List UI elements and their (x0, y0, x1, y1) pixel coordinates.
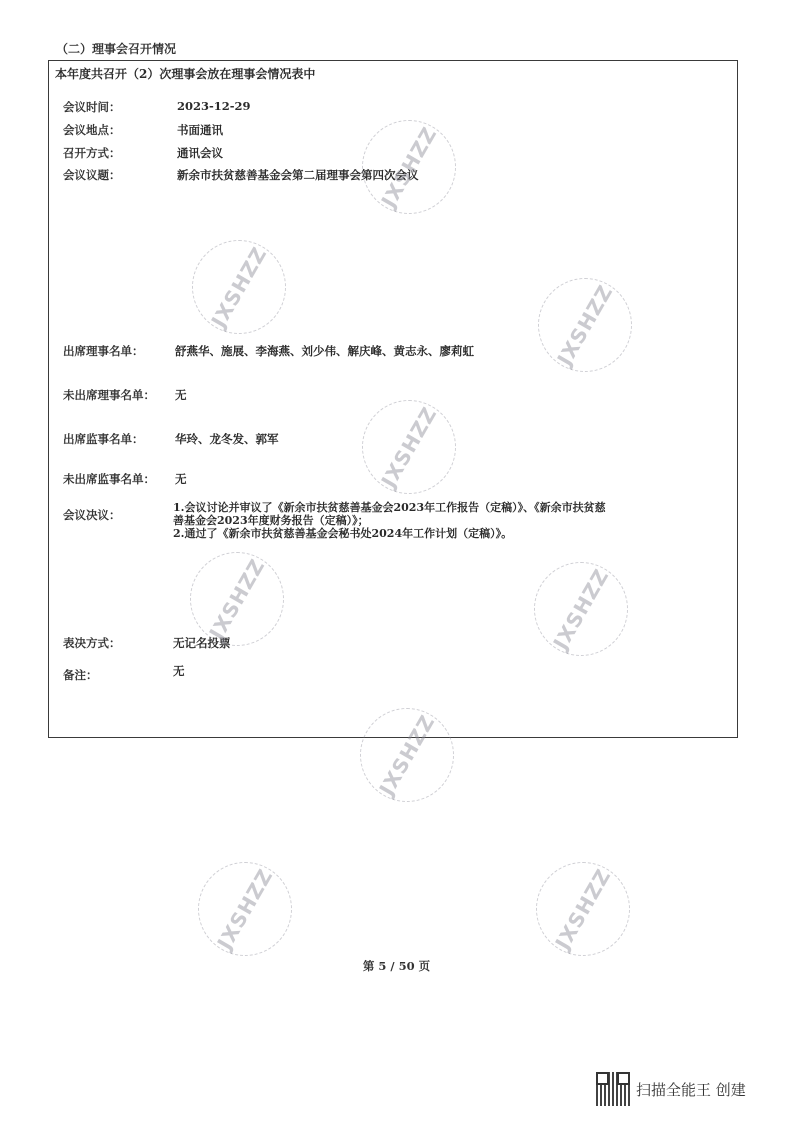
watermark-stamp: JXSHZZ (190, 552, 284, 646)
watermark-stamp: JXSHZZ (360, 708, 454, 802)
watermark-stamp: JXSHZZ (538, 278, 632, 372)
qr-code-icon (596, 1072, 630, 1106)
watermark-stamp: JXSHZZ (534, 562, 628, 656)
meeting-time-label: 会议时间： (63, 99, 121, 115)
watermark-stamp: JXSHZZ (362, 400, 456, 494)
watermark-stamp: JXSHZZ (362, 120, 456, 214)
attending-supervisors-label: 出席监事名单： (63, 431, 144, 447)
attending-supervisors-value: 华玲、龙冬发、郭军 (175, 431, 279, 447)
table-header: 本年度共召开（2）次理事会放在理事会情况表中 (55, 65, 315, 82)
resolution-label: 会议决议： (63, 507, 121, 523)
meeting-method-label: 召开方式： (63, 145, 121, 161)
page-number: 第 5 / 50 页 (0, 958, 793, 974)
meeting-topic-label: 会议议题： (63, 167, 121, 183)
watermark-stamp: JXSHZZ (192, 240, 286, 334)
resolution-text: 1.会议讨论并审议了《新余市扶贫慈善基金会2023年工作报告（定稿）》、《新余市… (173, 501, 693, 540)
remarks-value: 无 (173, 663, 185, 679)
voting-method-label: 表决方式： (63, 635, 121, 651)
remarks-label: 备注： (63, 667, 98, 683)
meeting-place-value: 书面通讯 (177, 122, 223, 138)
absent-directors-label: 未出席理事名单： (63, 387, 155, 403)
scanner-footer: 扫描全能王 创建 (596, 1072, 746, 1106)
watermark-stamp: JXSHZZ (198, 862, 292, 956)
resolution-line: 2.通过了《新余市扶贫慈善基金会秘书处2024年工作计划（定稿）》。 (173, 527, 693, 540)
meeting-time-value: 2023-12-29 (177, 99, 251, 113)
resolution-line: 1.会议讨论并审议了《新余市扶贫慈善基金会2023年工作报告（定稿）》、《新余市… (173, 501, 693, 514)
absent-directors-value: 无 (175, 387, 187, 403)
absent-supervisors-value: 无 (175, 471, 187, 487)
scanner-credit: 扫描全能王 创建 (636, 1079, 746, 1100)
meeting-place-label: 会议地点： (63, 122, 121, 138)
attending-directors-value: 舒燕华、施展、李海燕、刘少伟、解庆峰、黄志永、廖莉虹 (175, 343, 474, 359)
absent-supervisors-label: 未出席监事名单： (63, 471, 155, 487)
section-title: （二）理事会召开情况 (56, 40, 176, 57)
watermark-stamp: JXSHZZ (536, 862, 630, 956)
meeting-method-value: 通讯会议 (177, 145, 223, 161)
resolution-line: 善基金会2023年度财务报告（定稿）》； (173, 514, 693, 527)
attending-directors-label: 出席理事名单： (63, 343, 144, 359)
